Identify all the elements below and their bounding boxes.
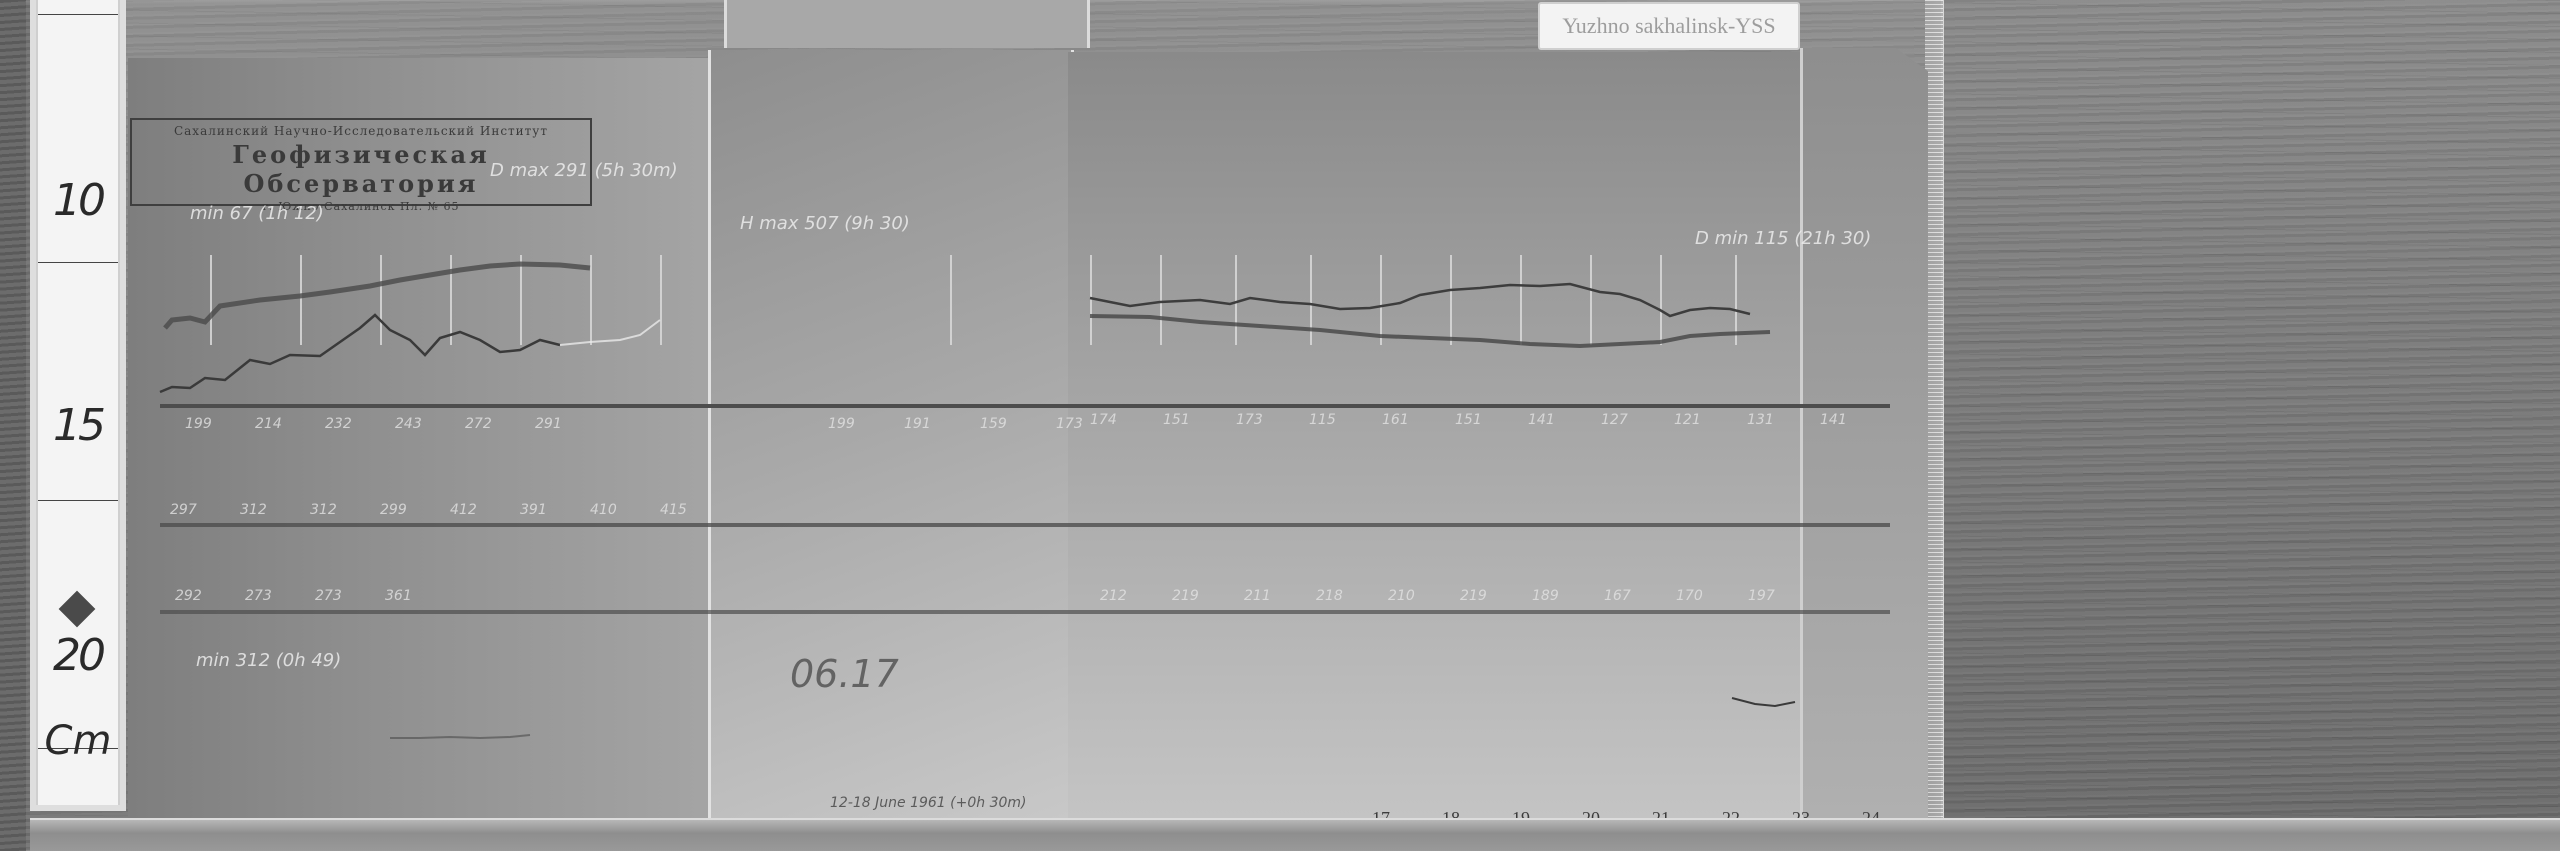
diamond-logo-icon <box>59 591 96 628</box>
ruler-number-10: 10 <box>38 175 118 226</box>
ruler-number-15: 15 <box>38 400 118 451</box>
ruler-unit: Cm <box>38 718 118 764</box>
seismogram-traces <box>0 0 2560 851</box>
glass-bottom-edge <box>30 818 2560 851</box>
ruler-number-20: 20 <box>38 630 118 681</box>
centimetre-ruler: 10 15 20 Cm <box>36 0 120 805</box>
